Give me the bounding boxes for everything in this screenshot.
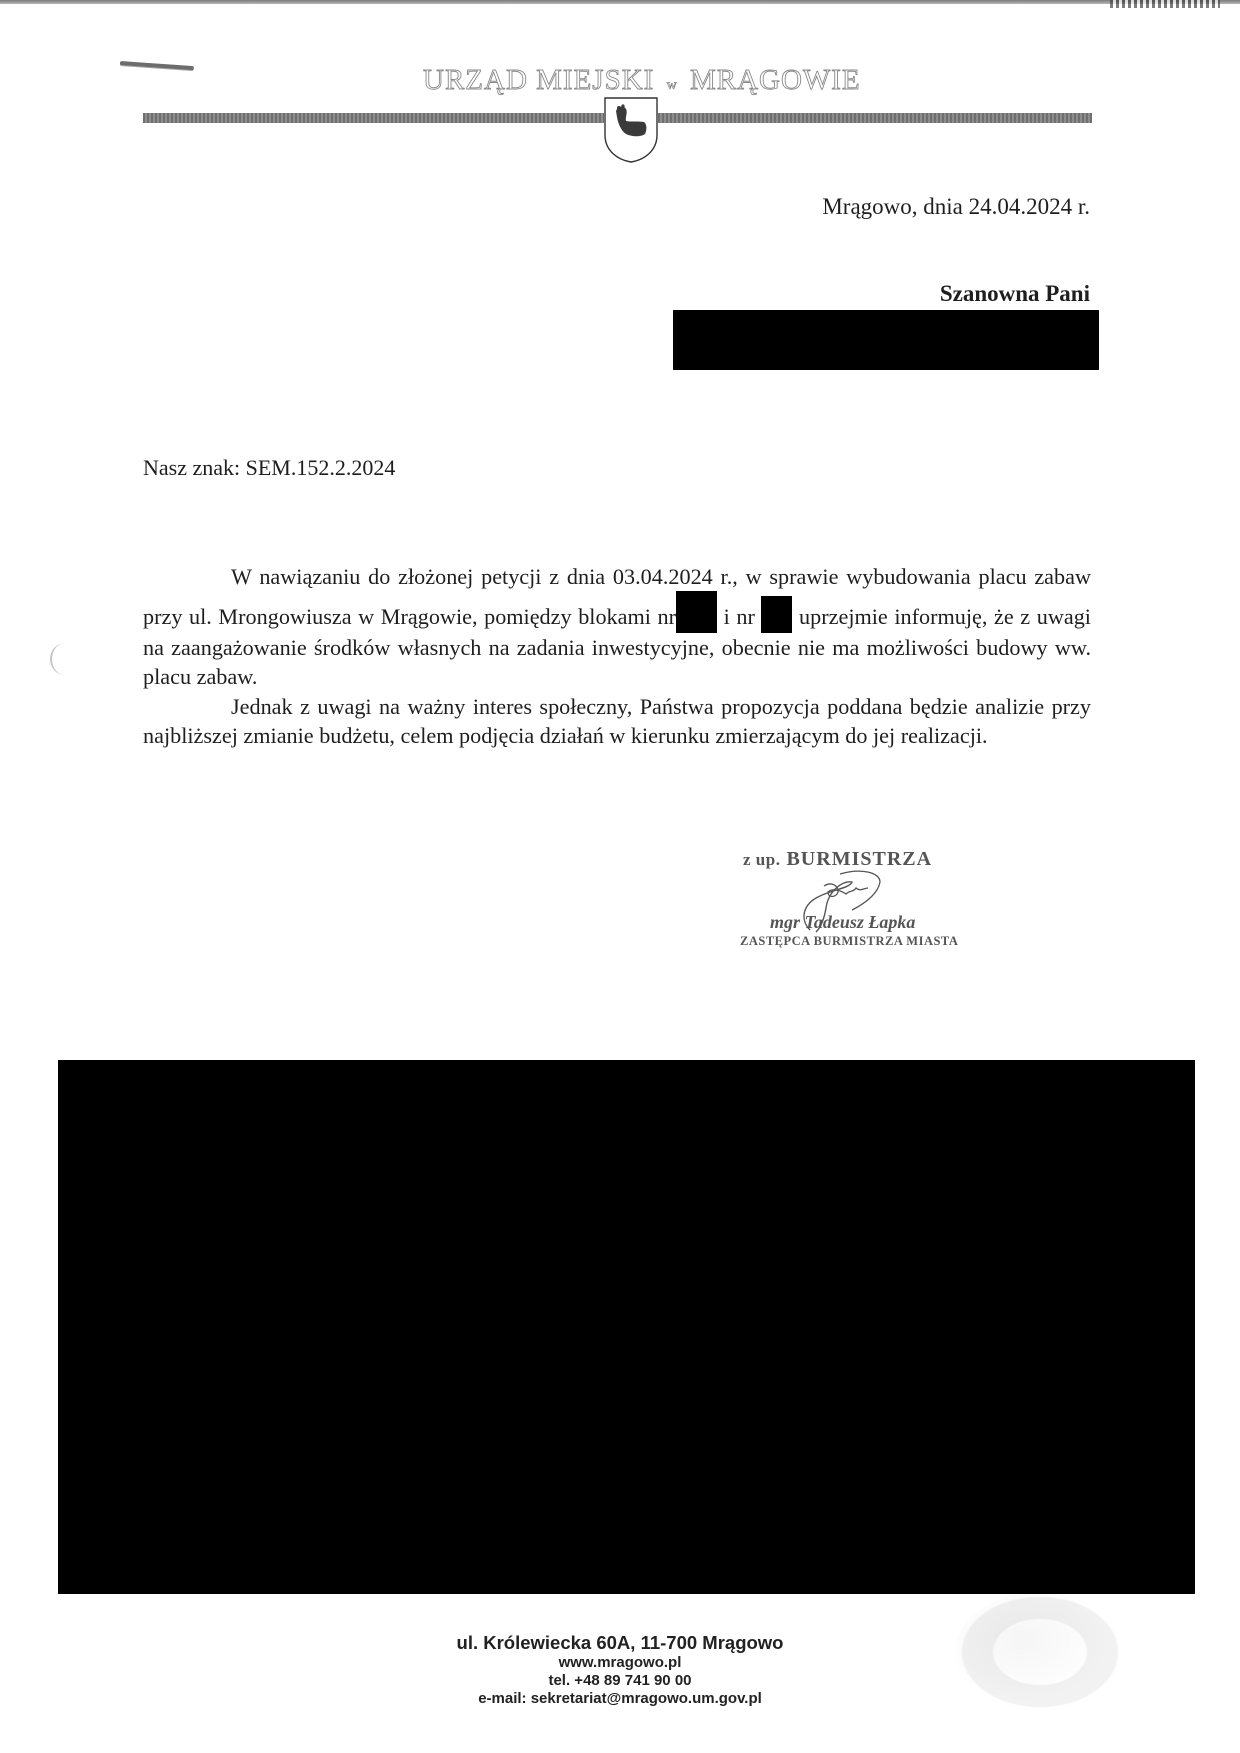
signatory-role: ZASTĘPCA BURMISTRZA MIASTA bbox=[740, 934, 958, 949]
body-paragraph-1: W nawiązaniu do złożonej petycji z dnia … bbox=[143, 562, 1091, 692]
salutation: Szanowna Pani bbox=[940, 281, 1090, 307]
reference-number: Nasz znak: SEM.152.2.2024 bbox=[143, 455, 395, 481]
letterhead-title-right: MRĄGOWIE bbox=[690, 64, 861, 96]
footer-email: e-mail: sekretariat@mragowo.um.gov.pl bbox=[320, 1690, 920, 1708]
body-paragraph-2: Jednak z uwagi na ważny interes społeczn… bbox=[143, 692, 1091, 750]
signatory-name: mgr Tadeusz Łapka bbox=[770, 912, 915, 933]
footer-address: ul. Królewiecka 60A, 11-700 Mrągowo bbox=[320, 1632, 920, 1654]
letterhead-title: URZĄD MIEJSKI w MRĄGOWIE bbox=[423, 64, 843, 97]
coat-of-arms-icon bbox=[604, 97, 658, 163]
letter-body: W nawiązaniu do złożonej petycji z dnia … bbox=[143, 562, 1091, 750]
body-paragraph-1-text-b: i nr bbox=[717, 604, 761, 629]
faded-stamp bbox=[955, 1592, 1125, 1712]
letterhead-rule-left bbox=[143, 113, 604, 123]
signature-prefix: z up. bbox=[743, 850, 780, 869]
letterhead-rule-right bbox=[658, 113, 1092, 123]
scan-edge-top bbox=[0, 0, 1240, 4]
footer-phone: tel. +48 89 741 90 00 bbox=[320, 1672, 920, 1690]
margin-mark bbox=[50, 643, 80, 675]
large-redaction bbox=[58, 1060, 1195, 1594]
staple-mark bbox=[120, 61, 194, 70]
footer-contact: ul. Królewiecka 60A, 11-700 Mrągowo www.… bbox=[320, 1632, 920, 1708]
block-number-redaction-1 bbox=[676, 591, 717, 633]
letterhead-title-left: URZĄD MIEJSKI bbox=[423, 64, 654, 96]
signature-title: BURMISTRZA bbox=[786, 848, 932, 870]
letterhead-title-w: w bbox=[667, 78, 678, 93]
scan-edge-noise bbox=[1110, 0, 1220, 8]
footer-website: www.mragowo.pl bbox=[320, 1654, 920, 1672]
recipient-redaction bbox=[673, 310, 1099, 370]
letter-date: Mrągowo, dnia 24.04.2024 r. bbox=[822, 194, 1090, 220]
block-number-redaction-2 bbox=[761, 596, 792, 633]
